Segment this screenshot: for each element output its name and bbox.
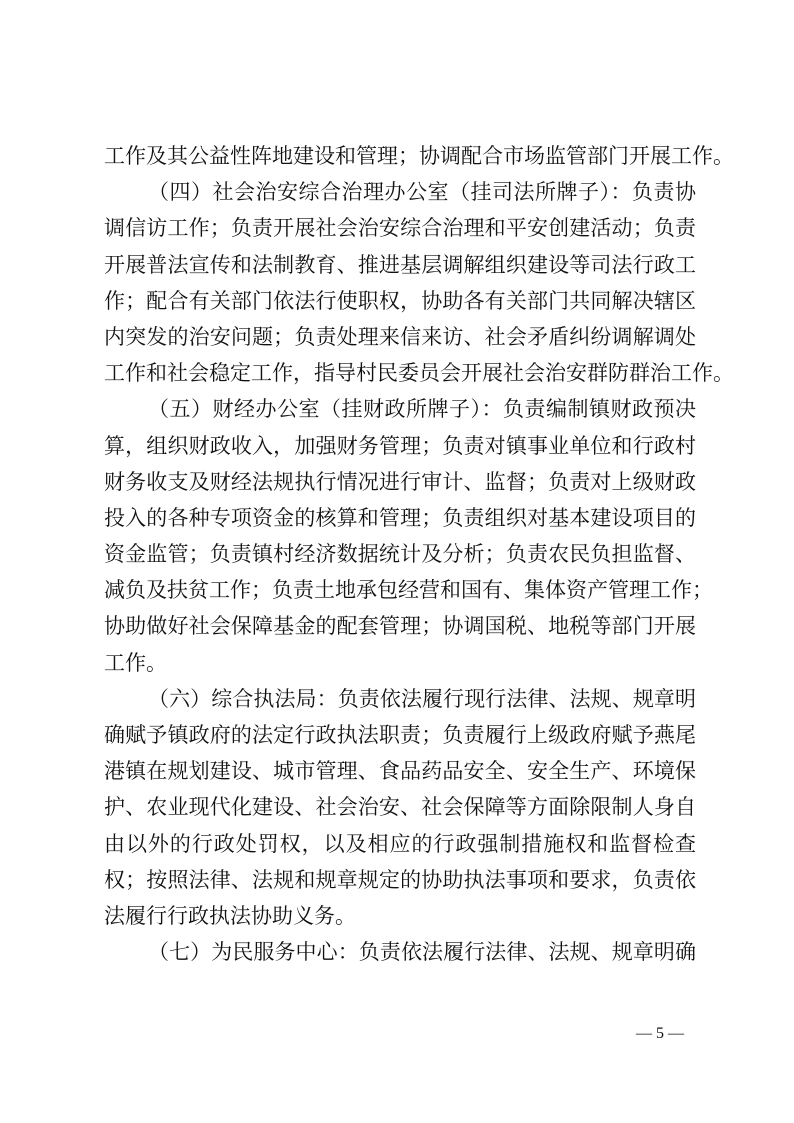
text-line: 算，组织财政收入，加强财务管理；负责对镇事业单位和行政村 [104, 428, 696, 464]
section-heading-line-5: （五）财经办公室（挂财政所牌子）：负责编制镇财政预决 [104, 391, 696, 427]
section-heading-line-6: （六）综合执法局：负责依法履行现行法律、法规、规章明 [104, 681, 696, 717]
text-line: 财务收支及财经法规执行情况进行审计、监督；负责对上级财政 [104, 464, 696, 500]
text-line: 港镇在规划建设、城市管理、食品药品安全、安全生产、环境保 [104, 753, 696, 789]
document-page: 工作及其公益性阵地建设和管理；协调配合市场监管部门开展工作。 （四）社会治安综合… [0, 0, 794, 1123]
page-number: — 5 — [625, 1024, 695, 1044]
text-line: 工作及其公益性阵地建设和管理；协调配合市场监管部门开展工作。 [104, 138, 696, 174]
text-line: 确赋予镇政府的法定行政执法职责；负责履行上级政府赋予燕尾 [104, 717, 696, 753]
text-line: 内突发的治安问题；负责处理来信来访、社会矛盾纠纷调解调处 [104, 319, 696, 355]
text-line: 资金监管；负责镇村经济数据统计及分析；负责农民负担监督、 [104, 536, 696, 572]
text-line: 协助做好社会保障基金的配套管理；协调国税、地税等部门开展 [104, 608, 696, 644]
text-line: 工作和社会稳定工作，指导村民委员会开展社会治安群防群治工作。 [104, 355, 696, 391]
text-line: 减负及扶贫工作；负责土地承包经营和国有、集体资产管理工作； [104, 572, 696, 608]
section-heading-line-4: （四）社会治安综合治理办公室（挂司法所牌子）：负责协 [104, 174, 696, 210]
document-body: 工作及其公益性阵地建设和管理；协调配合市场监管部门开展工作。 （四）社会治安综合… [104, 138, 696, 970]
text-line: 法履行行政执法协助义务。 [104, 898, 696, 934]
text-line: 护、农业现代化建设、社会治安、社会保障等方面除限制人身自 [104, 789, 696, 825]
text-line: 开展普法宣传和法制教育、推进基层调解组织建设等司法行政工 [104, 247, 696, 283]
text-line: 投入的各种专项资金的核算和管理；负责组织对基本建设项目的 [104, 500, 696, 536]
text-line: 权；按照法律、法规和规章规定的协助执法事项和要求，负责依 [104, 862, 696, 898]
text-line: 调信访工作；负责开展社会治安综合治理和平安创建活动；负责 [104, 210, 696, 246]
text-line: 工作。 [104, 645, 696, 681]
text-line: 由以外的行政处罚权，以及相应的行政强制措施权和监督检查 [104, 826, 696, 862]
section-heading-line-7: （七）为民服务中心：负责依法履行法律、法规、规章明确 [104, 934, 696, 970]
text-line: 作；配合有关部门依法行使职权，协助各有关部门共同解决辖区 [104, 283, 696, 319]
